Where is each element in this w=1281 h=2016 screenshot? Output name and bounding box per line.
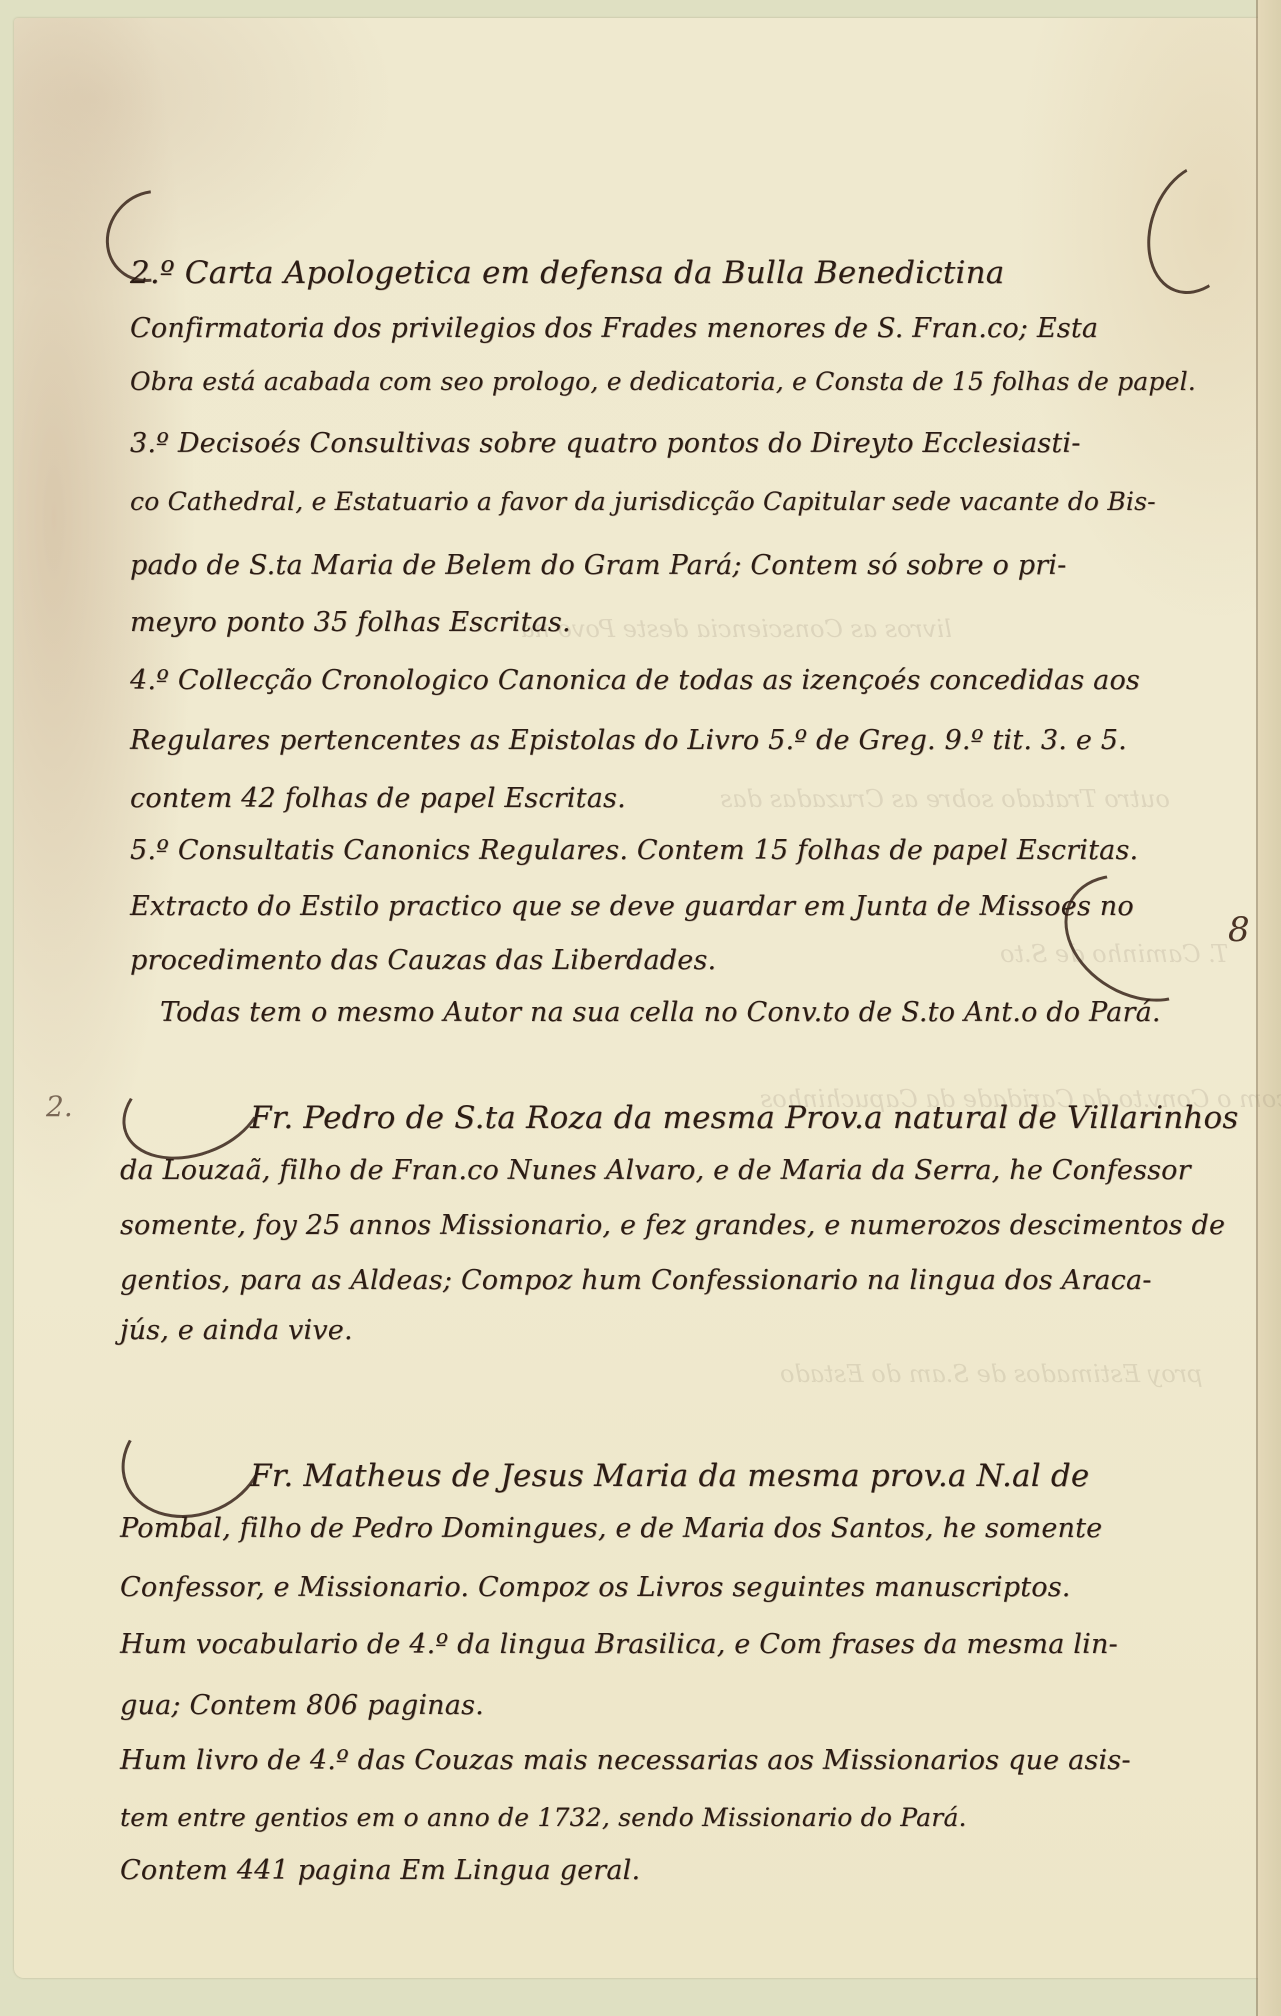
text-line: gentios, para as Aldeas; Compoz hum Conf… (120, 1265, 1152, 1296)
text-line: Pombal, filho de Pedro Domingues, e de M… (120, 1513, 1102, 1544)
text-line: meyro ponto 35 folhas Escritas. (130, 607, 571, 638)
text-line: tem entre gentios em o anno de 1732, sen… (120, 1803, 967, 1832)
text-line: Hum livro de 4.º das Couzas mais necessa… (120, 1745, 1131, 1776)
text-line: gua; Contem 806 paginas. (120, 1690, 484, 1721)
text-line: somente, foy 25 annos Missionario, e fez… (120, 1210, 1225, 1241)
text-line: Obra está acabada com seo prologo, e ded… (130, 367, 1196, 396)
bleed-through-text: proy Estimados de S.am do Estado (780, 1360, 1203, 1388)
margin-note-left: 2. (46, 1090, 73, 1123)
text-line: Confessor, e Missionario. Compoz os Livr… (120, 1572, 1071, 1603)
text-line: Todas tem o mesmo Autor na sua cella no … (160, 997, 1161, 1028)
text-line: 3.º Decisoés Consultivas sobre quatro po… (130, 428, 1081, 459)
text-line: da Louzaã, filho de Fran.co Nunes Alvaro… (120, 1155, 1191, 1186)
text-line: 2.º Carta Apologetica em defensa da Bull… (130, 255, 1004, 291)
page-fold-line (1256, 0, 1258, 2016)
text-line: Regulares pertencentes as Epistolas do L… (130, 725, 1127, 756)
text-line: Confirmatoria dos privilegios dos Frades… (130, 313, 1098, 344)
bleed-through-text: outro Tratado sobre as Cruzadas das (720, 785, 1170, 813)
text-line: pado de S.ta Maria de Belem do Gram Pará… (130, 550, 1067, 581)
text-line: Extracto do Estilo practico que se deve … (130, 891, 1134, 922)
text-line: procedimento das Cauzas das Liberdades. (130, 945, 716, 976)
text-line: Contem 441 pagina Em Lingua geral. (120, 1855, 640, 1886)
text-line: Hum vocabulario de 4.º da lingua Brasili… (120, 1629, 1118, 1660)
text-line: co Cathedral, e Estatuario a favor da ju… (130, 487, 1156, 516)
bleed-through-text: livros as Consciencia deste Povo na (520, 615, 952, 643)
text-line: 5.º Consultatis Canonics Regulares. Cont… (130, 835, 1138, 866)
margin-note-right: 8 (1228, 910, 1250, 950)
text-line: Fr. Matheus de Jesus Maria da mesma prov… (250, 1458, 1089, 1494)
text-line: contem 42 folhas de papel Escritas. (130, 783, 626, 814)
text-line: Fr. Pedro de S.ta Roza da mesma Prov.a n… (250, 1100, 1239, 1136)
adjacent-page-edge (1258, 0, 1281, 2016)
text-line: jús, e ainda vive. (120, 1315, 353, 1346)
text-line: 4.º Collecção Cronologico Canonica de to… (130, 665, 1140, 696)
